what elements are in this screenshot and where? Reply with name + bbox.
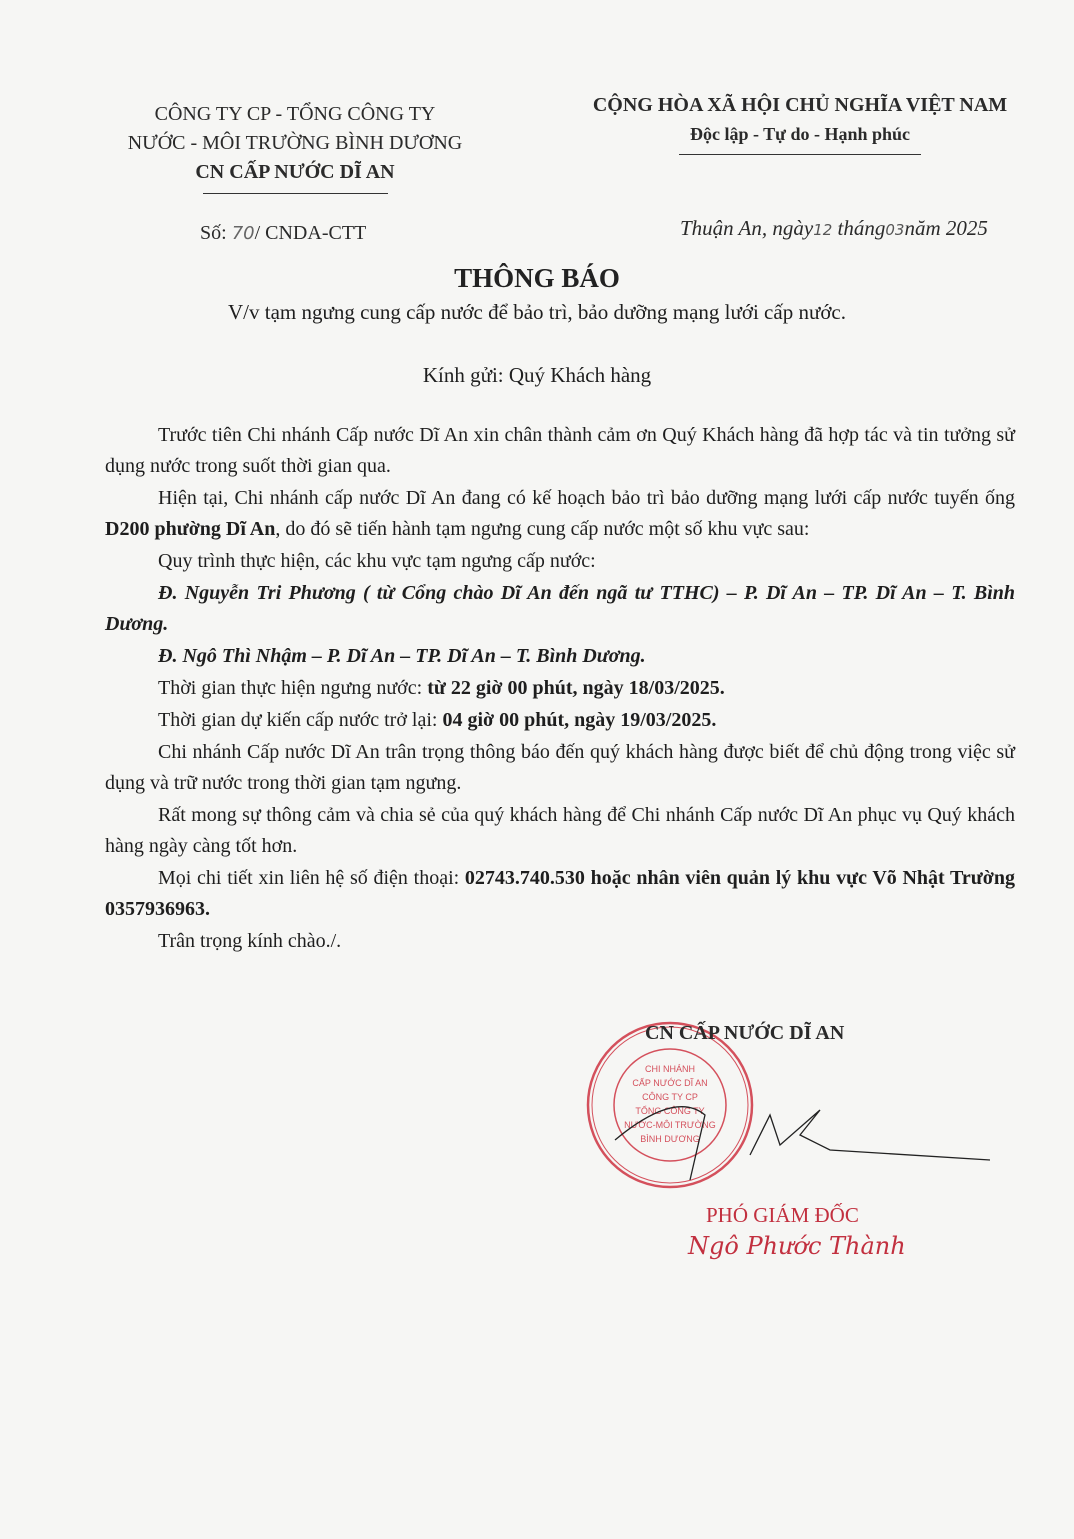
doc-number-prefix: Số: (200, 222, 232, 244)
affected-area-2: Đ. Ngô Thì Nhậm – P. Dĩ An – TP. Dĩ An –… (105, 641, 1015, 672)
outage-start-label: Thời gian thực hiện ngưng nước: (158, 677, 427, 699)
contact-label: Mọi chi tiết xin liên hệ số điện thoại: (158, 867, 465, 889)
paragraph-thanks: Trước tiên Chi nhánh Cấp nước Dĩ An xin … (105, 420, 1015, 482)
svg-text:BÌNH DƯƠNG: BÌNH DƯƠNG (640, 1134, 699, 1144)
svg-text:CẤP NƯỚC DĨ AN: CẤP NƯỚC DĨ AN (632, 1078, 707, 1088)
affected-area-1: Đ. Nguyễn Tri Phương ( từ Cổng chào Dĩ A… (105, 578, 1015, 640)
signatory-role: PHÓ GIÁM ĐỐC (706, 1203, 859, 1228)
plan-text-end: , do đó sẽ tiến hành tạm ngưng cung cấp … (275, 518, 809, 540)
date-line: Thuận An, ngày12 tháng03năm 2025 (680, 216, 988, 241)
pipeline-location: D200 phường Dĩ An (105, 518, 275, 540)
national-motto: Độc lập - Tự do - Hạnh phúc (560, 120, 1040, 148)
paragraph-notice: Chi nhánh Cấp nước Dĩ An trân trọng thôn… (105, 737, 1015, 799)
official-stamp-icon: CHI NHÁNH CẤP NƯỚC DĨ AN CÔNG TY CP TỔNG… (585, 1020, 755, 1190)
issuer-line-1: CÔNG TY CP - TỔNG CÔNG TY (95, 100, 495, 129)
plan-text: Hiện tại, Chi nhánh cấp nước Dĩ An đang … (158, 487, 1015, 509)
signatory-name: Ngô Phước Thành (688, 1232, 906, 1260)
date-year: năm 2025 (904, 216, 987, 240)
national-header: CỘNG HÒA XÃ HỘI CHỦ NGHĨA VIỆT NAM Độc l… (560, 90, 1040, 155)
paragraph-plan: Hiện tại, Chi nhánh cấp nước Dĩ An đang … (105, 483, 1015, 545)
paragraph-contact: Mọi chi tiết xin liên hệ số điện thoại: … (105, 863, 1015, 925)
date-month-label: tháng (838, 216, 886, 240)
issuer-underline (203, 193, 388, 194)
svg-text:CÔNG TY CP: CÔNG TY CP (642, 1092, 698, 1102)
paragraph-apology: Rất mong sự thông cảm và chia sẻ của quý… (105, 800, 1015, 862)
signature-scribble-icon (740, 1105, 1000, 1165)
document-title: THÔNG BÁO (0, 263, 1074, 294)
date-month-handwritten: 03 (885, 221, 904, 239)
national-title: CỘNG HÒA XÃ HỘI CHỦ NGHĨA VIỆT NAM (560, 90, 1040, 120)
issuer-header: CÔNG TY CP - TỔNG CÔNG TY NƯỚC - MÔI TRƯ… (95, 100, 495, 194)
date-day-handwritten: 12 (813, 221, 832, 239)
outage-start-value: từ 22 giờ 00 phút, ngày 18/03/2025. (427, 677, 725, 699)
svg-text:CHI NHÁNH: CHI NHÁNH (645, 1064, 695, 1074)
outage-end-label: Thời gian dự kiến cấp nước trở lại: (158, 709, 442, 731)
outage-start: Thời gian thực hiện ngưng nước: từ 22 gi… (105, 673, 1015, 704)
date-place: Thuận An, ngày (680, 216, 813, 240)
signatory-organization: CN CẤP NƯỚC DĨ AN (645, 1022, 844, 1045)
issuer-line-2: NƯỚC - MÔI TRƯỜNG BÌNH DƯƠNG (95, 129, 495, 158)
document-number: Số: 70/ CNDA-CTT (200, 222, 366, 245)
paragraph-process: Quy trình thực hiện, các khu vực tạm ngư… (105, 546, 1015, 577)
motto-underline (679, 154, 921, 155)
doc-number-suffix: / CNDA-CTT (255, 222, 367, 244)
greeting: Kính gửi: Quý Khách hàng (0, 363, 1074, 388)
issuer-branch: CN CẤP NƯỚC DĨ AN (95, 158, 495, 187)
document-body: Trước tiên Chi nhánh Cấp nước Dĩ An xin … (105, 420, 1015, 958)
doc-number-handwritten: 70 (232, 223, 255, 244)
outage-end-value: 04 giờ 00 phút, ngày 19/03/2025. (442, 709, 716, 731)
document-subject: V/v tạm ngưng cung cấp nước để bảo trì, … (0, 300, 1074, 325)
outage-end: Thời gian dự kiến cấp nước trở lại: 04 g… (105, 705, 1015, 736)
closing: Trân trọng kính chào./. (105, 926, 1015, 957)
svg-text:TỔNG CÔNG TY: TỔNG CÔNG TY (635, 1105, 704, 1116)
